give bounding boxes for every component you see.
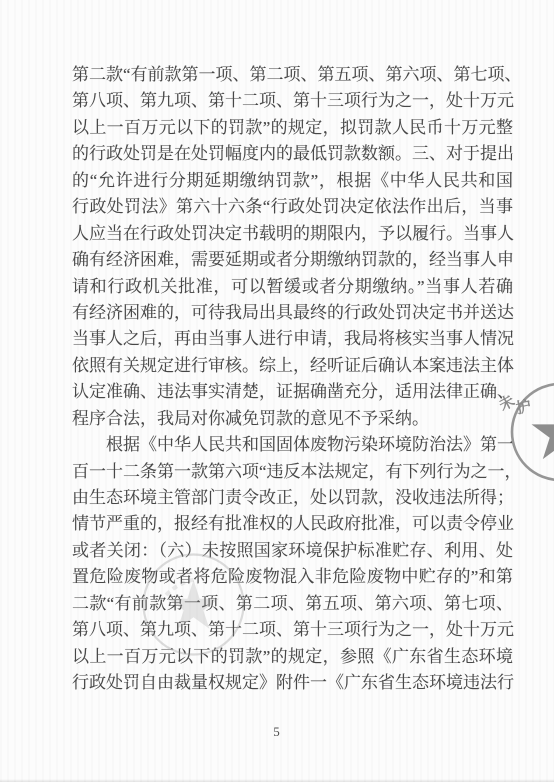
text-line: 情节严重的，报经有批准权的人民政府批准，可以责令停业 [72,511,513,537]
text-line: 请和行政机关批准，可以暂缓或者分期缴纳。”当事人若确 [72,274,513,300]
text-line: 第八项、第九项、第十二项、第十三项行为之一，处十万元 [72,88,513,114]
text-line: 百一十二条第一款第六项“违反本法规定，有下列行为之一， [72,459,513,485]
text-line: 人应当在行政处罚决定书载明的期限内，予以履行。当事人 [72,221,513,247]
scanned-document-page: 第二款“有前款第一项、第二项、第五项、第六项、第七项、 第八项、第九项、第十二项… [0,0,554,782]
text-line: 第八项、第九项、第十二项、第十三项行为之一，处十万元 [72,617,513,643]
text-line: 当事人之后，再由当事人进行申请，我局将核实当事人情况 [72,326,513,352]
text-line: 置危险废物或者将危险废物混入非危险废物中贮存的”和第 [72,564,513,590]
text-line: 行政处罚法》第六十六条“行政处罚决定依法作出后，当事 [72,194,513,220]
document-body-text: 第二款“有前款第一项、第二项、第五项、第六项、第七项、 第八项、第九项、第十二项… [72,62,513,697]
text-line: 二款“有前款第一项、第二项、第五项、第六项、第七项、 [72,591,513,617]
text-line: 以上一百万元以下的罚款”的规定，参照《广东省生态环境 [72,644,513,670]
text-line: 行政处罚自由裁量权规定》附件一《广东省生态环境违法行 [72,670,513,696]
text-line: 的行政处罚是在处罚幅度内的最低罚款数额。三、对于提出 [72,141,513,167]
text-line: 第二款“有前款第一项、第二项、第五项、第六项、第七项、 [72,62,513,88]
text-line: 或者关闭：（六）未按照国家环境保护标准贮存、利用、处 [72,538,513,564]
text-line: 由生态环境主管部门责令改正，处以罚款，没收违法所得； [72,485,513,511]
page-number: 5 [0,724,554,740]
text-line: 的“允许进行分期延期缴纳罚款”，根据《中华人民共和国 [72,168,513,194]
seal-character: 护 [514,395,533,419]
text-line: 以上一百万元以下的罚款”的规定，拟罚款人民币十万元整 [72,115,513,141]
star-icon [532,403,554,459]
text-line: 确有经济困难，需要延期或者分期缴纳罚款的，经当事人申 [72,247,513,273]
text-line-paragraph-start: 根据《中华人民共和国固体废物污染环境防治法》第一 [72,432,513,458]
text-line-paragraph-end: 程序合法，我局对你减免罚款的意见不予采纳。 [72,406,513,432]
text-line: 认定准确、违法事实清楚，证据确凿充分，适用法律正确、 [72,379,513,405]
text-line: 有经济困难的，可待我局出具最终的行政处罚决定书并送达 [72,300,513,326]
text-line: 依照有关规定进行审核。综上，经听证后确认本案违法主体 [72,353,513,379]
